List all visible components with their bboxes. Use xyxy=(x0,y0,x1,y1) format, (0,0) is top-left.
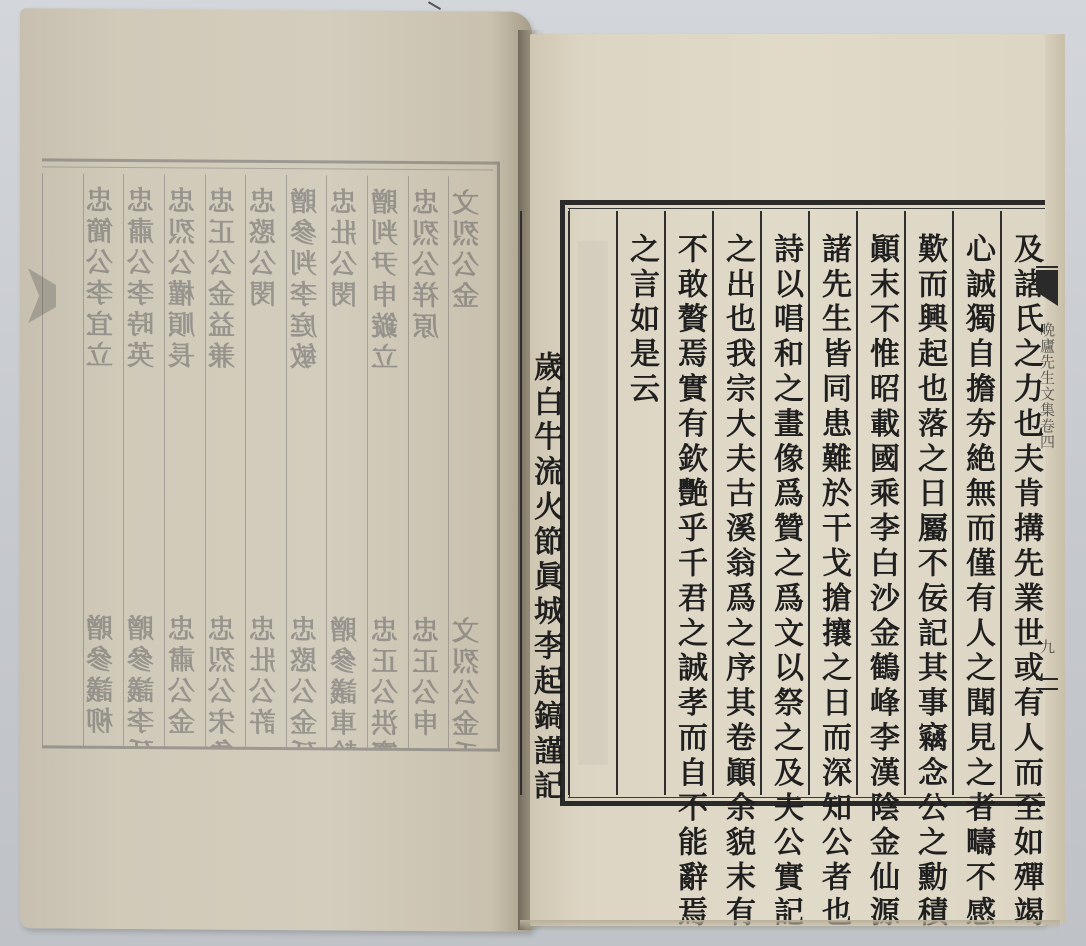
ghost-text-top: 贈參判李庭敏 xyxy=(292,187,322,373)
book-photo: 文烈公金 文烈公金千鎰 忠烈公祥原 忠正公申 贈判尹申鏇立 忠正公洪寶 忠壯公閔… xyxy=(0,0,1086,946)
left-column: 忠簡公李宜立 贈參議柳 xyxy=(83,174,124,746)
page-margin-column: 晩廬先生文集卷四 九 xyxy=(1036,266,1060,696)
ghost-text-top: 忠正公金益兼 xyxy=(210,187,240,373)
text-column: 心誠獨自擔夯絶無而僅有人之聞見之者疇不感 xyxy=(952,211,1000,795)
text-column: 諸先生皆同患難於干戈搶攘之日而深知公者也 xyxy=(808,211,856,795)
left-column: 忠肅公李時英 贈參議李廷 xyxy=(123,174,164,746)
signature-column: 歲白牛流火節眞城李起鎬謹記 xyxy=(520,211,568,795)
column-text: 顚末不惟昭載國乘李白沙金鶴峰李漢陰金仙源 xyxy=(864,233,898,931)
left-page: 文烈公金 文烈公金千鎰 忠烈公祥原 忠正公申 贈判尹申鏇立 忠正公洪寶 忠壯公閔… xyxy=(20,8,532,932)
margin-book-title: 晩廬先生文集卷四 xyxy=(1038,322,1056,450)
left-column: 忠烈公權順長 忠肅公金 xyxy=(164,174,205,746)
ghost-text-bottom: 文烈公金千鎰 xyxy=(454,616,484,748)
ghost-text-bottom: 贈參議柳 xyxy=(88,614,118,738)
text-column: 之出也我宗大夫古溪翁爲之序其卷顚余貌末有 xyxy=(712,211,760,795)
column-text: 之出也我宗大夫古溪翁爲之序其卷顚余貌末有 xyxy=(720,233,754,931)
fish-tail-mark-icon xyxy=(1036,270,1058,306)
signature-text: 歲白牛流火節眞城李起鎬謹記 xyxy=(528,351,562,805)
right-page-frame: 及諸氏之力也夫肯搆先業世或有人而至如殫竭 心誠獨自擔夯絶無而僅有人之聞見之者疇不… xyxy=(560,200,1050,806)
ghost-text-bottom: 贈參議車輪 xyxy=(332,615,362,747)
ghost-text-bottom: 忠肅公金 xyxy=(170,614,200,738)
book-bottom-edge xyxy=(520,920,1060,930)
text-column: 顚末不惟昭載國乘李白沙金鶴峰李漢陰金仙源 xyxy=(856,211,904,795)
text-column: 不敢贅焉實有欽艷乎千君之誠孝而自不能辭焉 xyxy=(664,211,712,795)
column-text: 詩以唱和之畫像爲贊之爲文以祭之及夫公實記 xyxy=(768,233,802,931)
ghost-text-top: 贈判尹申鏇立 xyxy=(373,188,403,374)
column-text: 之言如是云 xyxy=(624,233,658,408)
text-column: 之言如是云 xyxy=(616,211,664,795)
ghost-text-bottom: 贈參議李廷 xyxy=(129,614,159,746)
empty-column xyxy=(568,211,616,795)
page-number: 九 xyxy=(1040,636,1055,657)
ghost-text-top: 忠愍公閔 xyxy=(251,187,281,311)
ghost-text-bottom: 忠正公洪寶 xyxy=(373,616,403,748)
ghost-text-bottom: 忠正公申 xyxy=(414,616,444,740)
ghost-text-bottom: 忠烈公宋象賢 xyxy=(210,615,240,747)
left-column: 忠正公金益兼 忠烈公宋象賢 xyxy=(205,175,246,747)
ghost-text-top: 忠壯公閔 xyxy=(332,187,362,311)
column-text: 心誠獨自擔夯絶無而僅有人之聞見之者疇不感 xyxy=(960,233,994,931)
ghost-text-top: 忠肅公李時英 xyxy=(129,186,159,372)
ghost-text-bottom: 忠愍公金延 xyxy=(292,615,322,747)
column-text: 諸先生皆同患難於干戈搶攘之日而深知公者也 xyxy=(816,233,850,931)
left-column: 文烈公金 文烈公金千鎰 xyxy=(448,176,489,748)
right-page: 及諸氏之力也夫肯搆先業世或有人而至如殫竭 心誠獨自擔夯絶無而僅有人之聞見之者疇不… xyxy=(530,34,1045,926)
margin-bottom-lines xyxy=(1036,678,1058,690)
left-page-frame: 文烈公金 文烈公金千鎰 忠烈公祥原 忠正公申 贈判尹申鏇立 忠正公洪寶 忠壯公閔… xyxy=(42,158,500,751)
left-column: 忠壯公閔 贈參議車輪 xyxy=(326,175,367,747)
ghost-text-top: 文烈公金 xyxy=(454,188,484,312)
text-column: 詩以唱和之畫像爲贊之爲文以祭之及夫公實記 xyxy=(760,211,808,795)
ghost-text-bottom: 忠壯公許 xyxy=(251,615,281,739)
left-column: 忠烈公祥原 忠正公申 xyxy=(408,176,449,748)
column-text: 不敢贅焉實有欽艷乎千君之誠孝而自不能辭焉 xyxy=(672,233,706,931)
ghost-text-top: 忠烈公祥原 xyxy=(414,188,444,343)
left-column: 忠愍公閔 忠壯公許 xyxy=(245,175,286,747)
text-column: 歎而興起也落之日屬不佞記其事竊念公之勳積 xyxy=(904,211,952,795)
margin-top-line xyxy=(1036,266,1058,268)
column-text: 歎而興起也落之日屬不佞記其事竊念公之勳積 xyxy=(912,233,946,931)
left-page-columns: 文烈公金 文烈公金千鎰 忠烈公祥原 忠正公申 贈判尹申鏇立 忠正公洪寶 忠壯公閔… xyxy=(42,173,489,748)
ghost-text-top: 忠簡公李宜立 xyxy=(88,186,118,372)
left-column: 贈參判李庭敏 忠愍公金延 xyxy=(286,175,327,747)
left-column xyxy=(42,173,83,745)
ghost-text-top: 忠烈公權順長 xyxy=(170,186,200,372)
left-column: 贈判尹申鏇立 忠正公洪寶 xyxy=(367,176,408,748)
right-page-columns: 及諸氏之力也夫肯搆先業世或有人而至如殫竭 心誠獨自擔夯絶無而僅有人之聞見之者疇不… xyxy=(573,211,1050,795)
